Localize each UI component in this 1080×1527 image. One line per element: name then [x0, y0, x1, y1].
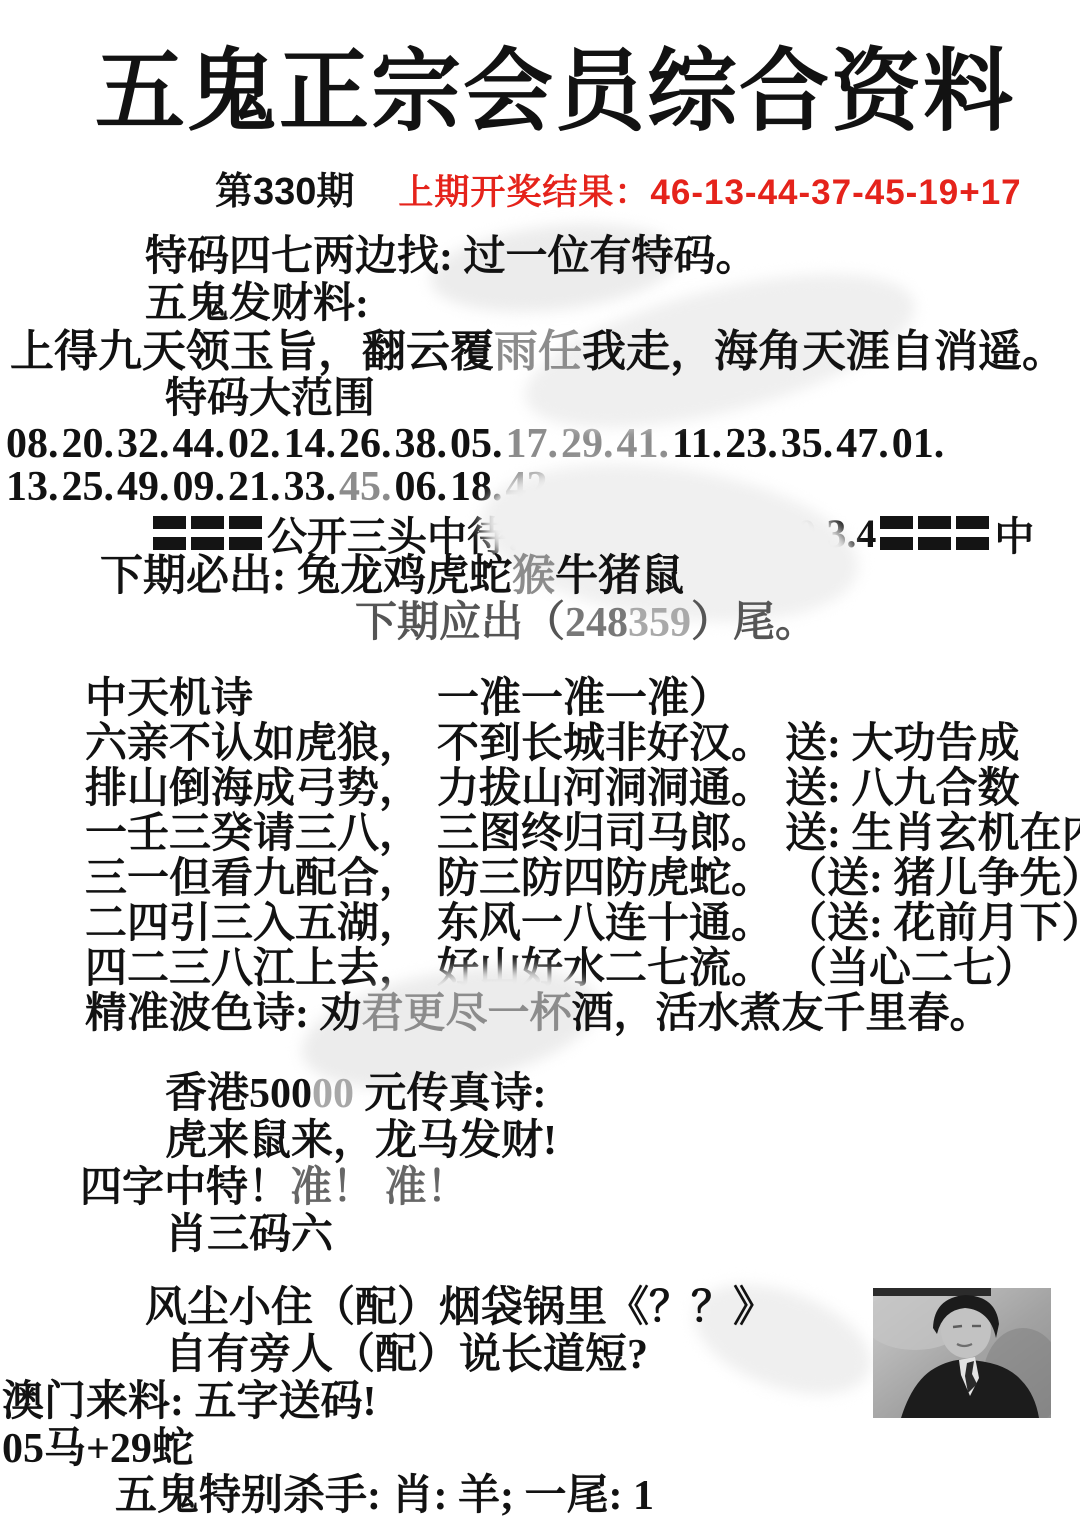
issue-row: 第330期 上期开奖结果：46-13-44-37-45-19+17 [215, 160, 1080, 204]
last-draw-result: 上期开奖结果：46-13-44-37-45-19+17 [398, 165, 1021, 215]
page-title: 五鬼正宗会员综合资料 [30, 42, 1080, 144]
double-bar-icon [880, 516, 913, 550]
number-item: 13. [6, 464, 59, 510]
portrait-photo [873, 1288, 1051, 1418]
next-issue-zodiac-line: 下期必出: 兔龙鸡虎蛇猴牛猪鼠 [100, 553, 1080, 600]
hk-part: 香港500 [165, 1071, 312, 1117]
poem-line: 排山倒海成弓势， 力拔山河洞洞通。 送: 八九合数 [85, 767, 1080, 812]
number-item: 11. [672, 421, 722, 467]
poem-cell: 力拔山河洞洞通。 [437, 767, 785, 812]
four-char-line: 四字中特！准！ 准！ [80, 1165, 1080, 1212]
bose-faded-part: 君更尽一杯 [362, 991, 572, 1037]
number-item: 25. [62, 464, 115, 510]
killer-line: 五鬼特别杀手: 肖: 羊; 一尾: 1 [115, 1473, 1080, 1520]
poem-cell: 不到长城非好汉。 [437, 722, 785, 767]
poem-line: 一壬三癸请三八， 三图终归司马郎。 送: 生肖玄机在内 [85, 812, 1080, 857]
number-item: 26. [339, 421, 392, 467]
hk-part: 元传真诗: [354, 1071, 547, 1117]
zodiac-part: 牛猪鼠 [555, 553, 684, 600]
poem-cell: 四二三八江上去， [85, 947, 437, 992]
zodiac-part: 下期必出: 兔龙鸡虎蛇 [100, 553, 512, 600]
sky-poem-block: 中天机诗 一准一准一准） 六亲不认如虎狼， 不到长城非好汉。 送: 大功告成 排… [85, 677, 1080, 992]
verse-part: 我走，海角天涯自消遥。 [582, 327, 1066, 376]
zodiac-faded-part: 猴 [512, 553, 555, 600]
issue-number: 第330期 [215, 160, 354, 215]
tails-suffix: ）尾。 [691, 600, 817, 646]
verse-faded-part: 雨任 [494, 327, 582, 376]
number-item: 05. [450, 421, 503, 467]
double-bar-icon [191, 516, 224, 550]
poem-line: 六亲不认如虎狼， 不到长城非好汉。 送: 大功告成 [85, 722, 1080, 767]
poem-cell: 防三防四防虎蛇。 [437, 857, 785, 902]
fax-verse-line: 虎来鼠来，龙马发财! [165, 1118, 1080, 1165]
number-item: 32. [117, 421, 170, 467]
number-row-1: 08.20.32.44.02.14.26.38.05.17.29.41.11.2… [6, 423, 1080, 466]
number-item: 14. [284, 421, 337, 467]
number-item: 44. [173, 421, 226, 467]
poem-line: 三一但看九配合， 防三防四防虎蛇。 （送: 猪儿争先） [85, 857, 1080, 902]
xiao-code-line: 肖三码六 [165, 1212, 1080, 1259]
poem-gift: （送: 猪儿争先） [785, 857, 1080, 902]
number-item: 23. [725, 421, 778, 467]
poem-accuracy-note: 一准一准一准） [437, 677, 785, 722]
four-char-part: 四字中特！ [80, 1165, 290, 1211]
number-item: 08. [6, 421, 59, 467]
number-item: 35. [781, 421, 834, 467]
number-item: 33. [284, 464, 337, 510]
poem-cell: 一壬三癸请三八， [85, 812, 437, 857]
bose-part: 精准波色诗: 劝 [85, 991, 362, 1037]
poem-line: 二四引三入五湖， 东风一八连十通。 （送: 花前月下） [85, 902, 1080, 947]
number-item: 38. [395, 421, 448, 467]
next-issue-tails-line: 下期应出（248359）尾。 [355, 600, 1080, 647]
number-item: 09. [173, 464, 226, 510]
number-item: 17. [506, 421, 559, 467]
poem-cell: 排山倒海成弓势， [85, 767, 437, 812]
fortune-material-label: 五鬼发财料: [145, 281, 1080, 328]
poem-title: 中天机诗 [85, 677, 437, 722]
double-bar-icon [229, 516, 262, 550]
number-item: 20. [62, 421, 115, 467]
number-item: 06. [395, 464, 448, 510]
poem-cell: 三图终归司马郎。 [437, 812, 785, 857]
double-bar-icon [153, 516, 186, 550]
poem-cell: 东风一八连十通。 [437, 902, 785, 947]
number-item: 02. [228, 421, 281, 467]
hk-faded-part: 00 [312, 1071, 354, 1117]
poem-gift: （送: 花前月下） [785, 902, 1080, 947]
sky-poem-header: 中天机诗 一准一准一准） [85, 677, 1080, 722]
poem-cell: 三一但看九配合， [85, 857, 437, 902]
four-char-faded-part: 准！ 准！ [290, 1165, 469, 1211]
hk-fax-title-line: 香港50000 元传真诗: [165, 1071, 1080, 1118]
portrait-photo-image [873, 1288, 1051, 1418]
wave-color-poem-line: 精准波色诗: 劝君更尽一杯酒，活水煮友千里春。 [85, 992, 1080, 1037]
tip-sheet-page: 五鬼正宗会员综合资料 第330期 上期开奖结果：46-13-44-37-45-1… [0, 0, 1080, 1527]
poem-gift: 送: 大功告成 [785, 722, 1020, 767]
double-bar-icon [918, 516, 951, 550]
number-item: 01. [892, 421, 945, 467]
poem-gift: 送: 八九合数 [785, 767, 1020, 812]
code-pair-line: 05马+29蛇 [2, 1426, 1080, 1473]
poem-gift: （当心二七） [785, 947, 1037, 992]
tails-prefix: 下期应出（ [355, 600, 565, 646]
tails-digits-dark: 248 [565, 600, 628, 646]
number-item: 49. [117, 464, 170, 510]
number-item: 29. [561, 421, 614, 467]
fortune-verse-line: 上得九天领玉旨，翻云覆雨任我走，海角天涯自消遥。 [10, 328, 1080, 376]
poem-gift: 送: 生肖玄机在内 [785, 812, 1080, 857]
number-item: 45. [339, 464, 392, 510]
tails-digits-light: 359 [628, 600, 691, 646]
special-code-hint-line: 特码四七两边找: 过一位有特码。 [145, 234, 1080, 281]
double-bar-icon [956, 516, 989, 550]
number-item: 41. [617, 421, 670, 467]
number-item: 21. [228, 464, 281, 510]
range-title: 特码大范围 [165, 376, 1080, 423]
number-item: 47. [836, 421, 889, 467]
poem-cell: 六亲不认如虎狼， [85, 722, 437, 767]
poem-cell: 二四引三入五湖， [85, 902, 437, 947]
verse-part: 上得九天领玉旨，翻云覆 [10, 327, 494, 376]
bose-part: 酒，活水煮友千里春。 [572, 991, 992, 1037]
